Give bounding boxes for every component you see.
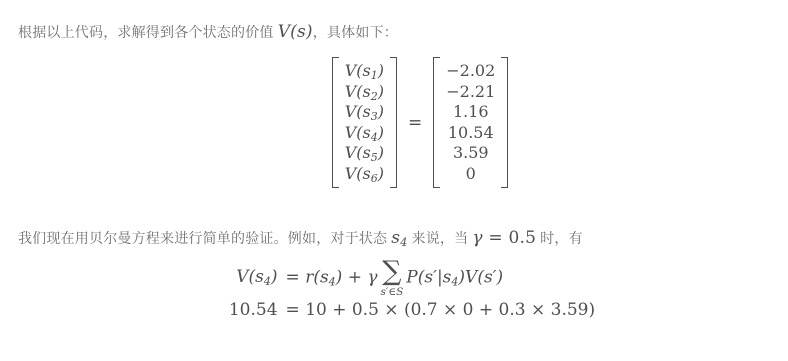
value-cell: −2.21 xyxy=(446,82,495,103)
matrix-row: V(s2) xyxy=(345,82,384,103)
intro-text-after: ，具体如下： xyxy=(313,24,398,40)
matrix-row: V(s5) xyxy=(345,143,384,164)
right-bracket xyxy=(501,57,508,188)
verification-paragraph: 我们现在用贝尔曼方程来进行简单的验证。例如，对于状态 s4 来说，当 γ = 0… xyxy=(18,226,583,250)
verification-rhs: = 10 + 0.5 × (0.7 × 0 + 0.3 × 3.59) xyxy=(286,300,596,320)
left-bracket xyxy=(433,57,440,188)
matrix-row: V(s4) xyxy=(345,123,384,144)
right-bracket xyxy=(390,57,397,188)
sum-operator: ∑s′∈S xyxy=(381,258,404,298)
matrix-lhs-column: V(s1) V(s2) V(s3) V(s4) V(s5) V(s6) xyxy=(339,57,390,188)
value-cell: 10.54 xyxy=(446,123,495,144)
matrix-equation-container: V(s1) V(s2) V(s3) V(s4) V(s5) V(s6) = −2… xyxy=(0,57,788,188)
verify-text-before: 我们现在用贝尔曼方程来进行简单的验证。例如，对于状态 xyxy=(18,230,391,246)
bellman-rhs: = r(s4) + γ∑s′∈SP(s′|s4)V(s′) xyxy=(286,258,504,298)
verify-text-after: 时，有 xyxy=(536,230,583,246)
verification-lhs: 10.54 xyxy=(229,300,278,320)
inline-math-gamma: γ = 0.5 xyxy=(472,228,536,248)
value-cell: −2.02 xyxy=(446,61,495,82)
intro-text-before: 根据以上代码，求解得到各个状态的价值 xyxy=(18,24,278,40)
document-page: { "colors": { "background": "#ffffff", "… xyxy=(0,0,788,361)
verify-text-mid: 来说，当 xyxy=(407,230,472,246)
inline-math-value-function: V(s) xyxy=(278,22,313,42)
sigma-symbol: ∑ xyxy=(382,258,401,285)
matrix-rhs: −2.02 −2.21 1.16 10.54 3.59 0 xyxy=(433,57,508,188)
value-cell: 3.59 xyxy=(446,143,495,164)
inline-math-state-s4: s4 xyxy=(391,228,407,248)
matrix-row: V(s1) xyxy=(345,61,384,82)
equation-block: V(s4) = r(s4) + γ∑s′∈SP(s′|s4)V(s′) 10.5… xyxy=(229,258,595,320)
gamma-symbol: γ xyxy=(367,267,377,287)
equals-sign: = xyxy=(408,113,422,133)
matrix-row: V(s3) xyxy=(345,102,384,123)
value-cell: 0 xyxy=(446,164,495,185)
sum-subscript: s′∈S xyxy=(381,287,404,298)
bellman-lhs: V(s4) xyxy=(236,267,277,287)
matrix-equation: V(s1) V(s2) V(s3) V(s4) V(s5) V(s6) = −2… xyxy=(332,57,509,188)
matrix-rhs-column: −2.02 −2.21 1.16 10.54 3.59 0 xyxy=(440,57,501,188)
matrix-row: V(s6) xyxy=(345,164,384,185)
matrix-lhs: V(s1) V(s2) V(s3) V(s4) V(s5) V(s6) xyxy=(332,57,397,188)
intro-paragraph: 根据以上代码，求解得到各个状态的价值 V(s)，具体如下： xyxy=(18,20,398,44)
value-cell: 1.16 xyxy=(446,102,495,123)
equation-block-container: V(s4) = r(s4) + γ∑s′∈SP(s′|s4)V(s′) 10.5… xyxy=(0,258,788,320)
left-bracket xyxy=(332,57,339,188)
